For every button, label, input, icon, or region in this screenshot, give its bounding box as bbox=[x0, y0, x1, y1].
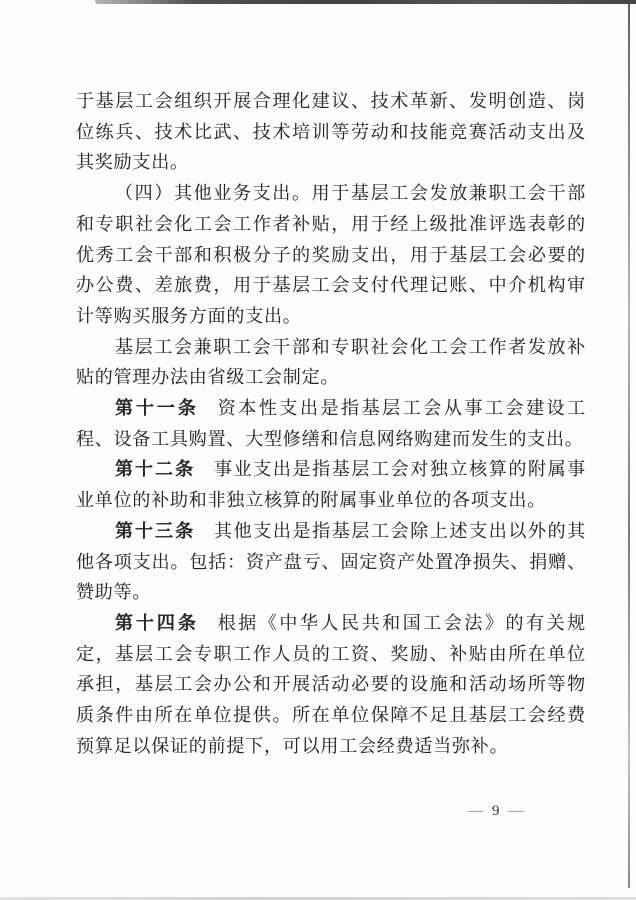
paragraph: 基层工会兼职工会干部和专职社会化工会工作者发放补贴的管理办法由省级工会制定。 bbox=[76, 332, 586, 393]
text-line: 优秀工会干部和积极分子的奖励支出，用于基层工会必要的 bbox=[76, 240, 586, 271]
text-line: 位练兵、技术比武、技术培训等劳动和技能竞赛活动支出及 bbox=[76, 117, 586, 148]
page-number-dash-left: — bbox=[468, 803, 483, 819]
text-line: 业单位的补助和非独立核算的附属事业单位的各项支出。 bbox=[76, 485, 586, 516]
scan-edge-top bbox=[95, 0, 636, 4]
document-body: 于基层工会组织开展合理化建议、技术革新、发明创造、岗位练兵、技术比武、技术培训等… bbox=[76, 86, 586, 761]
text-line: 预算足以保证的前提下，可以用工会经费适当弥补。 bbox=[76, 731, 586, 762]
text-line: 第十一条资本性支出是指基层工会从事工会建设工 bbox=[76, 393, 586, 424]
article-heading: 第十二条 bbox=[115, 459, 195, 479]
article-heading: 第十三条 bbox=[115, 521, 195, 541]
text-run: 事业支出是指基层工会对独立核算的附属事 bbox=[214, 459, 586, 479]
text-line: 办公费、差旅费，用于基层工会支付代理记账、中介机构审 bbox=[76, 270, 586, 301]
paragraph: 于基层工会组织开展合理化建议、技术革新、发明创造、岗位练兵、技术比武、技术培训等… bbox=[76, 86, 586, 178]
text-line: 其奖励支出。 bbox=[76, 147, 586, 178]
paragraph: 第十一条资本性支出是指基层工会从事工会建设工程、设备工具购置、大型修缮和信息网络… bbox=[76, 393, 586, 454]
text-line: 于基层工会组织开展合理化建议、技术革新、发明创造、岗 bbox=[76, 86, 586, 117]
text-run: 资本性支出是指基层工会从事工会建设工 bbox=[218, 398, 586, 418]
paragraph: （四）其他业务支出。用于基层工会发放兼职工会干部和专职社会化工会工作者补贴，用于… bbox=[76, 178, 586, 332]
scan-edge-right bbox=[628, 3, 630, 888]
text-line: 赞助等。 bbox=[76, 577, 586, 608]
text-line: 计等购买服务方面的支出。 bbox=[76, 301, 586, 332]
article-heading: 第十四条 bbox=[115, 613, 199, 633]
page-number-value: 9 bbox=[492, 802, 500, 821]
text-line: 第十四条根据《中华人民共和国工会法》的有关规 bbox=[76, 608, 586, 639]
paragraph: 第十四条根据《中华人民共和国工会法》的有关规定，基层工会专职工作人员的工资、奖励… bbox=[76, 608, 586, 762]
article-heading: 第十一条 bbox=[115, 398, 199, 418]
text-line: 定，基层工会专职工作人员的工资、奖励、补贴由所在单位 bbox=[76, 639, 586, 670]
text-run: 其他支出是指基层工会除上述支出以外的其 bbox=[214, 521, 586, 541]
paragraph: 第十三条其他支出是指基层工会除上述支出以外的其他各项支出。包括：资产盘亏、固定资… bbox=[76, 516, 586, 608]
text-line: 和专职社会化工会工作者补贴，用于经上级批准评选表彰的 bbox=[76, 209, 586, 240]
text-line: （四）其他业务支出。用于基层工会发放兼职工会干部 bbox=[76, 178, 586, 209]
document-page: 于基层工会组织开展合理化建议、技术革新、发明创造、岗位练兵、技术比武、技术培训等… bbox=[0, 0, 636, 900]
text-line: 第十二条事业支出是指基层工会对独立核算的附属事 bbox=[76, 454, 586, 485]
text-line: 承担，基层工会办公和开展活动必要的设施和活动场所等物 bbox=[76, 669, 586, 700]
text-line: 贴的管理办法由省级工会制定。 bbox=[76, 362, 586, 393]
text-run: 根据《中华人民共和国工会法》的有关规 bbox=[218, 613, 586, 633]
text-line: 质条件由所在单位提供。所在单位保障不足且基层工会经费 bbox=[76, 700, 586, 731]
page-number-dash-right: — bbox=[509, 803, 524, 819]
paragraph: 第十二条事业支出是指基层工会对独立核算的附属事业单位的补助和非独立核算的附属事业… bbox=[76, 454, 586, 515]
text-line: 程、设备工具购置、大型修缮和信息网络购建而发生的支出。 bbox=[76, 424, 586, 455]
page-number: —9— bbox=[468, 802, 524, 821]
text-line: 基层工会兼职工会干部和专职社会化工会工作者发放补 bbox=[76, 332, 586, 363]
text-line: 第十三条其他支出是指基层工会除上述支出以外的其 bbox=[76, 516, 586, 547]
text-line: 他各项支出。包括：资产盘亏、固定资产处置净损失、捐赠、 bbox=[76, 547, 586, 578]
